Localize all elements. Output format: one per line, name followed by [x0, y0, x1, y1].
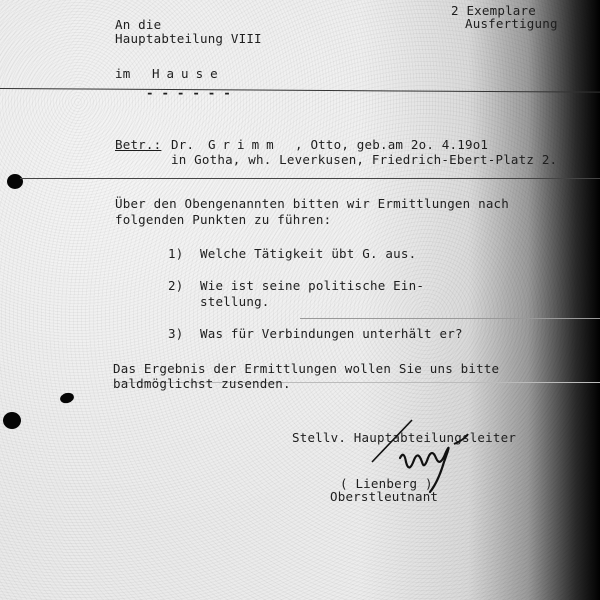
closing-line-1: Das Ergebnis der Ermittlungen wollen Sie…	[113, 361, 499, 376]
point-2-text-line-2: stellung.	[200, 294, 270, 309]
point-1-number: 1)	[168, 246, 183, 261]
recipient-line-1: An die	[115, 17, 161, 32]
subject-surname: Grimm	[208, 137, 281, 152]
subject-rule	[20, 178, 600, 179]
subject-label: Betr.:	[115, 137, 161, 152]
subject-details: , Otto, geb.am 2o. 4.19o1	[295, 137, 488, 152]
location-label: im	[115, 66, 130, 81]
punch-hole-top	[7, 174, 23, 189]
point-3-text: Was für Verbindungen unterhält er?	[200, 326, 463, 341]
intro-line-2: folgenden Punkten zu führen:	[115, 212, 331, 227]
point-1-text: Welche Tätigkeit übt G. aus.	[200, 246, 416, 261]
punch-hole-bottom	[3, 412, 21, 429]
closing-line-2: baldmöglichst zusenden.	[113, 376, 291, 391]
copies-line-2: Ausfertigung	[465, 16, 558, 31]
faint-rule-1	[300, 318, 600, 319]
header-dashes: - - - - - -	[146, 85, 231, 100]
subject-title: Dr.	[171, 137, 194, 152]
point-2-text-line-1: Wie ist seine politische Ein-	[200, 278, 424, 293]
signature-rank: Oberstleutnant	[330, 489, 438, 504]
point-3-number: 3)	[168, 326, 183, 341]
location-value: Hause	[152, 66, 225, 81]
intro-line-1: Über den Obengenannten bitten wir Ermitt…	[115, 196, 509, 211]
recipient-line-2: Hauptabteilung VIII	[115, 31, 262, 46]
subject-address: in Gotha, wh. Leverkusen, Friedrich-Eber…	[171, 152, 557, 167]
point-2-number: 2)	[168, 278, 183, 293]
